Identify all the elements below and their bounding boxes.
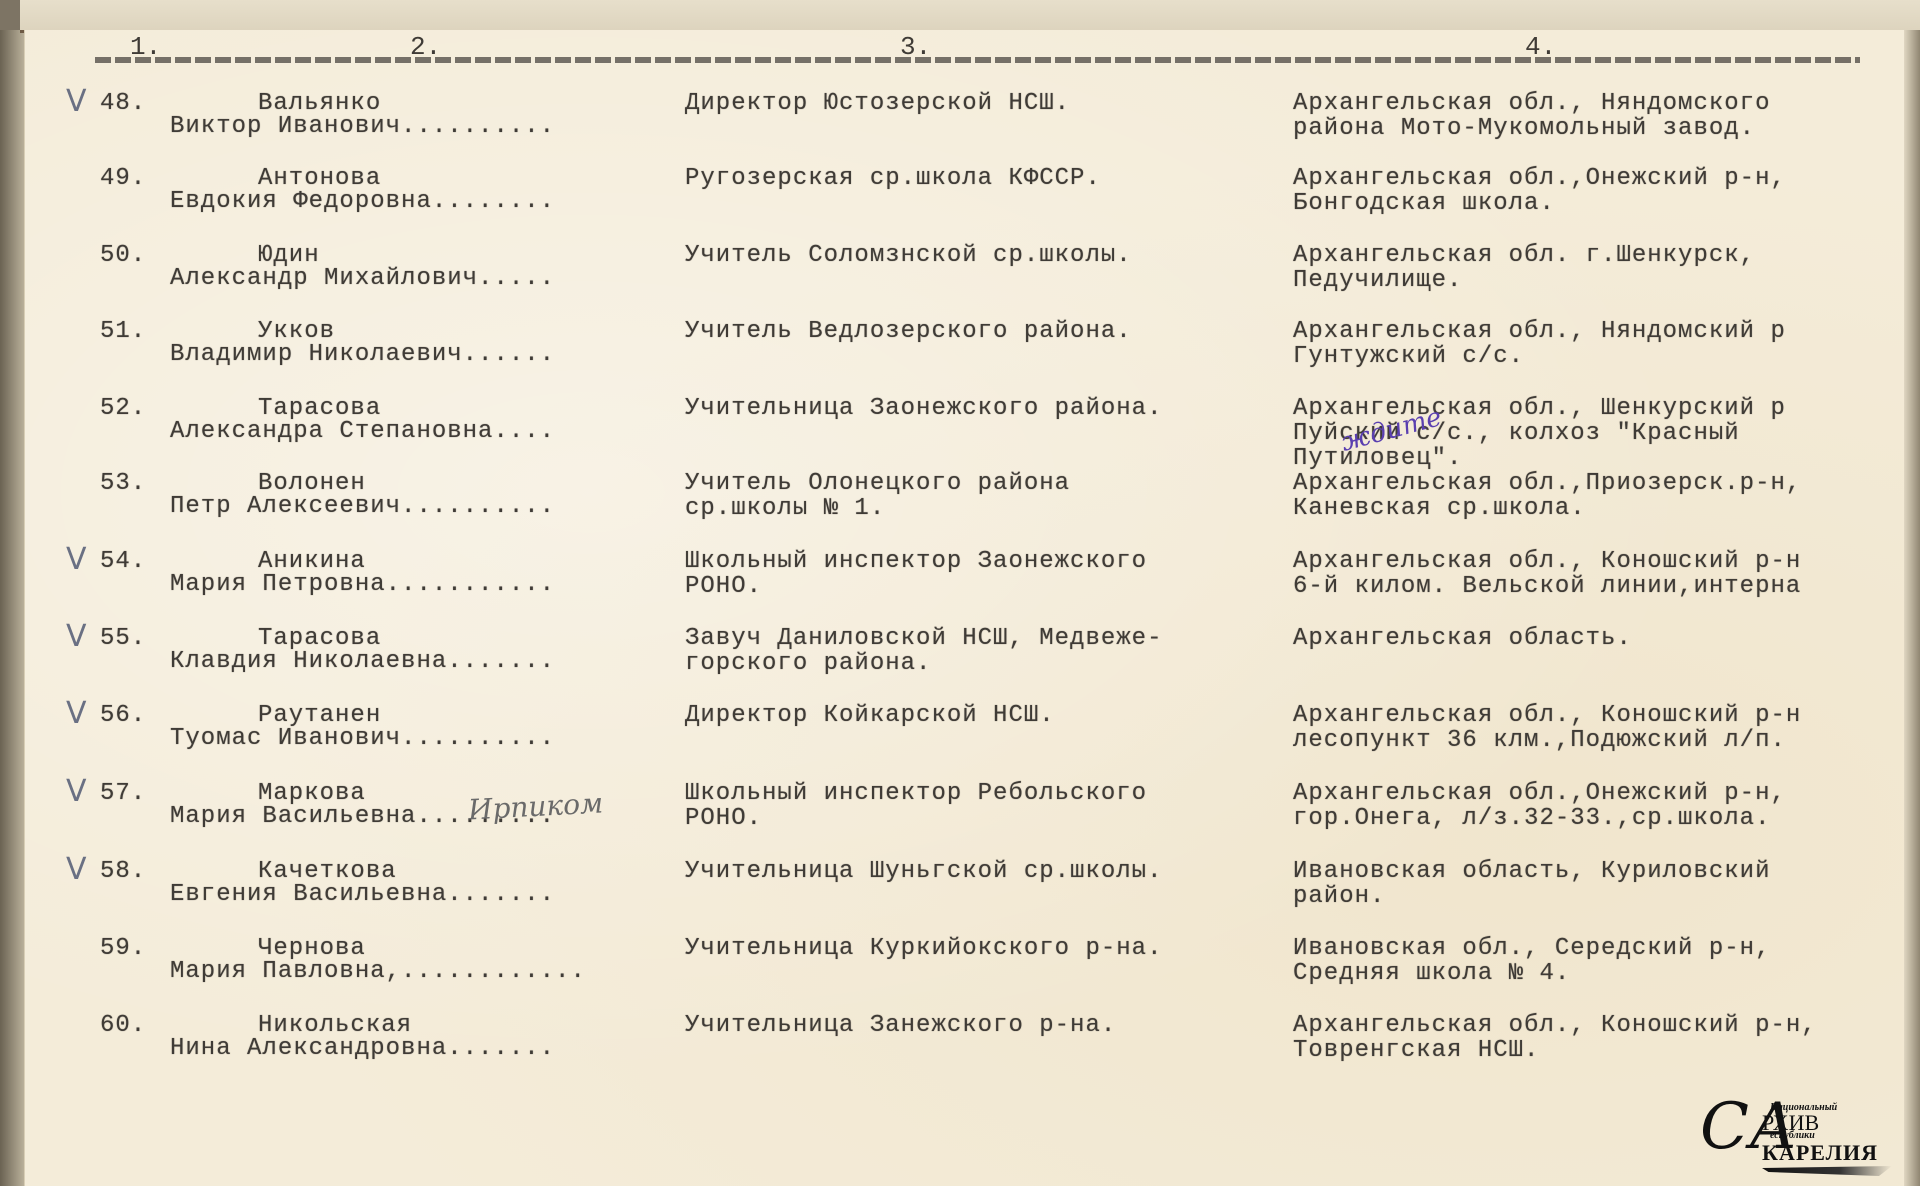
check-mark-icon: V xyxy=(66,84,87,119)
row-position: РОНО. xyxy=(685,805,762,832)
row-given-names: Александра Степановна.... xyxy=(170,418,555,445)
row-position: Директор Койкарской НСШ. xyxy=(685,702,1055,729)
row-address: Бонгодская школа. xyxy=(1293,190,1555,217)
header-dashed-rule xyxy=(95,57,1860,63)
row-address: Педучилище. xyxy=(1293,267,1462,294)
row-given-names: Мария Павловна,............ xyxy=(170,958,586,985)
row-number: 59. xyxy=(100,935,146,962)
page-left-edge xyxy=(0,30,24,1186)
row-address: Архангельская обл.,Онежский р-н, xyxy=(1293,165,1786,192)
row-address: района Мото-Мукомольный завод. xyxy=(1293,115,1755,142)
row-address: Гунтужский с/с. xyxy=(1293,343,1524,370)
archive-logo: CА Национальный РХИВ еспублики КАРЕЛИЯ xyxy=(1700,1090,1900,1180)
row-address: район. xyxy=(1293,883,1385,910)
row-number: 53. xyxy=(100,470,146,497)
row-position: Учитель Ведлозерского района. xyxy=(685,318,1132,345)
row-position: Учительница Куркийокского р-на. xyxy=(685,935,1162,962)
row-position: Завуч Даниловской НСШ, Медвеже- xyxy=(685,625,1162,652)
row-number: 58. xyxy=(100,858,146,885)
row-position: Учитель Олонецкого района xyxy=(685,470,1070,497)
row-address: гор.Онега, л/з.32-33.,ср.школа. xyxy=(1293,805,1770,832)
check-mark-icon: V xyxy=(66,774,87,809)
row-address: Архангельская обл., Коношский р-н xyxy=(1293,702,1801,729)
row-given-names: Виктор Иванович.......... xyxy=(170,113,555,140)
row-given-names: Туомас Иванович.......... xyxy=(170,725,555,752)
row-given-names: Мария Петровна........... xyxy=(170,571,555,598)
row-given-names: Александр Михайлович..... xyxy=(170,265,555,292)
row-number: 51. xyxy=(100,318,146,345)
row-position: Учитель Соломзнской ср.школы. xyxy=(685,242,1132,269)
check-mark-icon: V xyxy=(66,542,87,577)
row-position: Ругозерская ср.школа КФССР. xyxy=(685,165,1101,192)
row-address: Ивановская обл., Середский р-н, xyxy=(1293,935,1770,962)
row-address: лесопункт 36 клм.,Подюжский л/п. xyxy=(1293,727,1786,754)
row-address: Архангельская обл.,Онежский р-н, xyxy=(1293,780,1786,807)
row-address: Каневская ср.школа. xyxy=(1293,495,1586,522)
row-position: Директор Юстозерской НСШ. xyxy=(685,90,1070,117)
row-address: Архангельская обл.,Приозерск.р-н, xyxy=(1293,470,1801,497)
row-number: 57. xyxy=(100,780,146,807)
row-position: ср.школы № 1. xyxy=(685,495,885,522)
row-number: 49. xyxy=(100,165,146,192)
row-given-names: Евдокия Федоровна........ xyxy=(170,188,555,215)
row-given-names: Нина Александровна....... xyxy=(170,1035,555,1062)
row-address: Архангельская обл. г.Шенкурск, xyxy=(1293,242,1755,269)
row-address: 6-й килом. Вельской линии,интерна xyxy=(1293,573,1801,600)
overlapping-top-sheet xyxy=(20,0,1920,33)
row-address: Архангельская обл., Шенкурский р xyxy=(1293,395,1786,422)
row-number: 52. xyxy=(100,395,146,422)
row-address: Архангельская обл., Няндомского xyxy=(1293,90,1770,117)
row-position: Учительница Заонежского района. xyxy=(685,395,1162,422)
row-address: Архангельская обл., Коношский р-н, xyxy=(1293,1012,1817,1039)
row-position: горского района. xyxy=(685,650,931,677)
row-number: 50. xyxy=(100,242,146,269)
row-address: Средняя школа № 4. xyxy=(1293,960,1570,987)
row-number: 56. xyxy=(100,702,146,729)
row-address: Ивановская область, Куриловский xyxy=(1293,858,1770,885)
row-number: 54. xyxy=(100,548,146,575)
row-number: 60. xyxy=(100,1012,146,1039)
check-mark-icon: V xyxy=(66,696,87,731)
row-number: 48. xyxy=(100,90,146,117)
row-address: Архангельская область. xyxy=(1293,625,1632,652)
row-position: Учительница Шуньгской ср.школы. xyxy=(685,858,1162,885)
row-address: Архангельская обл., Коношский р-н xyxy=(1293,548,1801,575)
row-given-names: Петр Алексеевич.......... xyxy=(170,493,555,520)
page-right-edge xyxy=(1904,30,1920,1186)
row-position: Школьный инспектор Заонежского xyxy=(685,548,1147,575)
row-position: Школьный инспектор Ребольского xyxy=(685,780,1147,807)
row-given-names: Евгения Васильевна....... xyxy=(170,881,555,908)
logo-line-4: КАРЕЛИЯ xyxy=(1762,1140,1878,1166)
row-number: 55. xyxy=(100,625,146,652)
check-mark-icon: V xyxy=(66,619,87,654)
quill-icon xyxy=(1762,1166,1892,1176)
check-mark-icon: V xyxy=(66,852,87,887)
row-position: РОНО. xyxy=(685,573,762,600)
handwritten-annotation-row57: Ирпиком xyxy=(467,786,604,826)
row-address: Товренгская НСШ. xyxy=(1293,1037,1539,1064)
row-position: Учительница Занежского р-на. xyxy=(685,1012,1116,1039)
row-given-names: Клавдия Николаевна....... xyxy=(170,648,555,675)
row-address: Архангельская обл., Няндомский р xyxy=(1293,318,1786,345)
row-given-names: Владимир Николаевич...... xyxy=(170,341,555,368)
